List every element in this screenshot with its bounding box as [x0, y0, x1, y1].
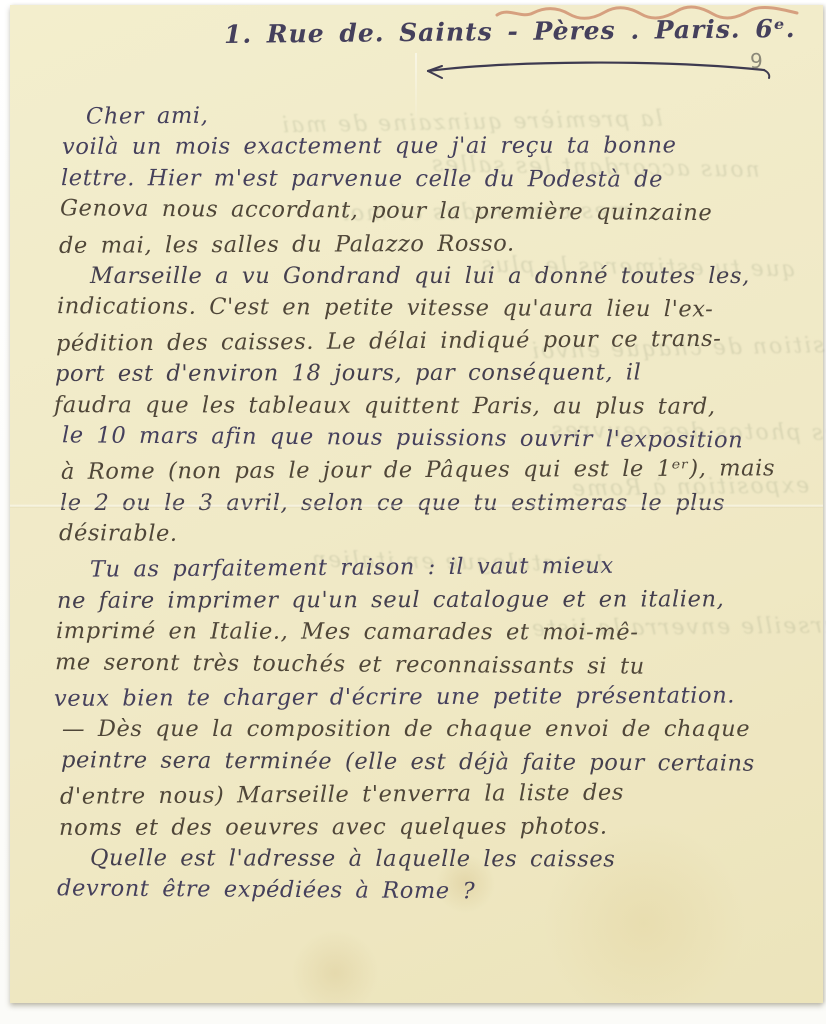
letter-line: Marseille a vu Gondrand qui lui a donné …: [90, 263, 798, 295]
pencil-number: 9: [750, 49, 763, 73]
letter-line: Cher ami,: [86, 98, 794, 136]
scan-background: 1. Rue de. Saints - Pères . Paris. 6ᵉ. 9…: [0, 0, 826, 1024]
address-header: 1. Rue de. Saints - Pères . Paris. 6ᵉ.: [223, 14, 795, 49]
letter-line: indications. C'est en petite vitesse qu'…: [57, 293, 797, 329]
letter-line: lettre. Hier m'est parvenue celle du Pod…: [61, 165, 801, 199]
letter-line: devront être expédiées à Rome ?: [57, 876, 797, 914]
letter-line: pédition des caisses. Le délai indiqué p…: [56, 325, 796, 363]
letter-line: à Rome (non pas le jour de Pâques qui es…: [61, 455, 801, 491]
letter-line: de mai, les salles du Palazzo Rosso.: [59, 229, 799, 265]
letter-line: peintre sera terminée (elle est déjà fai…: [61, 747, 801, 783]
fold-crease-horizontal: [10, 504, 823, 508]
letter-page: 1. Rue de. Saints - Pères . Paris. 6ᵉ. 9…: [10, 5, 823, 1003]
letter-line: faudra que les tableaux quittent Paris, …: [54, 392, 794, 426]
letter-line: désirable.: [59, 520, 799, 556]
letter-line: ne faire imprimer qu'un seul catalogue e…: [57, 586, 797, 620]
letter-line: Quelle est l'adresse à laquelle les cais…: [90, 845, 798, 879]
letter-line: voilà un mois exactement que j'ai reçu t…: [62, 132, 802, 166]
letter-line: port est d'environ 18 jours, par conséqu…: [55, 359, 795, 393]
letter-line: imprimé en Italie., Mes camarades et moi…: [56, 618, 796, 652]
letter-line: veux bien te charger d'écrire une petite…: [54, 682, 794, 718]
letter-line: Genova nous accordant, pour la première …: [60, 195, 800, 233]
letter-line: me seront très touchés et reconnaissants…: [55, 649, 795, 687]
letter-line: d'entre nous) Marseille t'enverra la lis…: [60, 778, 800, 816]
letter-line: — Dès que la composition de chaque envoi…: [62, 716, 802, 748]
letter-line: Tu as parfaitement raison : il vaut mieu…: [90, 552, 798, 590]
address-underline: [408, 59, 780, 85]
letter-line: le 10 mars afin que nous puissions ouvri…: [62, 422, 802, 460]
letter-line: noms et des oeuvres avec quelques photos…: [59, 813, 799, 847]
fold-crease-vertical: [415, 53, 417, 123]
